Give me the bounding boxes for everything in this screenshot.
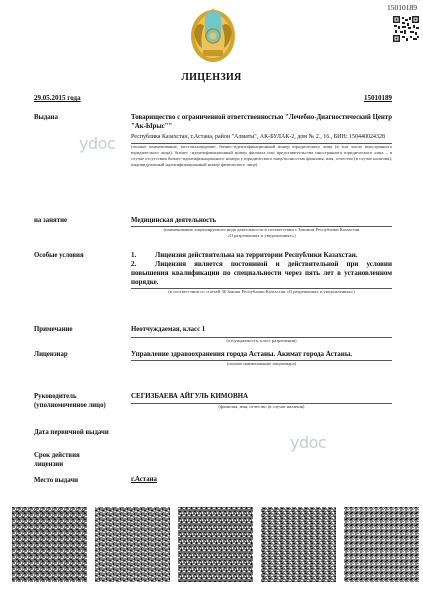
activity-hint: (наименование лицензируемого вида деятел… bbox=[131, 227, 392, 239]
issued-to-label: Выдана bbox=[34, 113, 124, 122]
watermark: ydoc bbox=[79, 134, 115, 153]
issued-to-value: Товарищество с ограниченной ответственно… bbox=[131, 113, 392, 131]
place-label: Место выдачи bbox=[34, 476, 124, 485]
special-conditions-hint: (в соответствии со статьей 36 Закона Рес… bbox=[131, 289, 392, 295]
issued-to-hint: (полное наименование, местонахождение, б… bbox=[131, 144, 392, 168]
qr-code-icon bbox=[393, 16, 419, 42]
document-title: ЛИЦЕНЗИЯ bbox=[0, 72, 423, 83]
head-label: Руководитель (уполномоченное лицо) bbox=[34, 392, 129, 410]
watermark: ydoc bbox=[290, 433, 326, 452]
licensor-value: Управление здравоохранения города Астаны… bbox=[131, 350, 392, 359]
condition-item-2: 2.Лицензия является постоянной и действи… bbox=[131, 260, 392, 287]
head-value: СЕГИЗБАЕВА АЙГУЛЬ КИМОВНА bbox=[131, 392, 392, 401]
head-hint: (фамилия, имя, отчество (в случае наличи… bbox=[131, 404, 392, 410]
licensor-label: Лицензиар bbox=[34, 350, 124, 359]
licensor-hint: (полное наименование лицензиара) bbox=[131, 361, 392, 367]
note-label: Примечание bbox=[34, 325, 124, 334]
place-value: г.Астана bbox=[131, 476, 157, 483]
special-conditions-label: Особые условия bbox=[34, 251, 124, 260]
activity-label: на занятие bbox=[34, 216, 124, 225]
activity-value: Медицинская деятельность bbox=[131, 216, 392, 225]
issued-to-address: Республика Казахстан, г.Астана, район "А… bbox=[131, 134, 392, 142]
note-value: Неотчуждаемая, класс 1 bbox=[131, 325, 392, 334]
condition-item-1: 1.Лицензия действительна на территории Р… bbox=[131, 251, 392, 260]
note-hint: (отчуждаемость, класс разрешения) bbox=[131, 338, 392, 344]
barcode-row bbox=[12, 507, 422, 583]
validity-label: Срок действия лицензии bbox=[34, 451, 94, 469]
barcode-icon bbox=[261, 507, 336, 582]
document-number-top: 15010189 bbox=[387, 3, 417, 12]
license-number: 15010189 bbox=[364, 94, 392, 102]
kazakhstan-emblem-icon bbox=[190, 8, 236, 64]
first-issue-date-label: Дата первичной выдачи bbox=[34, 428, 144, 437]
issue-date: 29.05.2015 года bbox=[34, 94, 81, 102]
barcode-icon bbox=[12, 507, 87, 582]
barcode-icon bbox=[95, 507, 170, 582]
barcode-icon bbox=[344, 507, 419, 582]
barcode-icon bbox=[178, 507, 253, 582]
